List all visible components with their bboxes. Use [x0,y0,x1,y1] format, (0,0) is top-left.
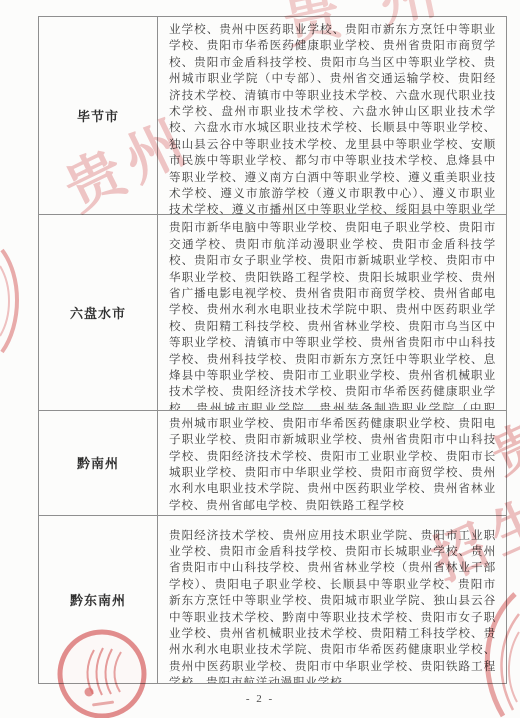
region-name: 毕节市 [39,17,158,214]
region-name: 黔南州 [39,411,158,515]
school-list-table: 毕节市 业学校、贵州中医药职业学校、贵阳市新东方烹饪中等职业学校、贵阳市华希医药… [38,16,507,684]
region-name: 黔东南州 [39,516,158,684]
school-list: 贵阳经济技术学校、贵州应用技术职业学院、贵阳市工业职业学校、贵阳市金盾科技学校、… [158,516,506,684]
school-list: 业学校、贵州中医药职业学校、贵阳市新东方烹饪中等职业学校、贵阳市华希医药健康职业… [158,17,506,214]
school-list: 贵阳市新华电脑中等职业学校、贵阳电子职业学校、贵阳市交通学校、贵阳市航洋动漫职业… [158,215,506,409]
school-list: 贵州城市职业学校、贵阳市华希医药健康职业学校、贵阳电子职业学校、贵阳市新城职业学… [158,411,506,515]
page-number: - 2 - [0,693,520,705]
table-row: 黔东南州 贵阳经济技术学校、贵州应用技术职业学院、贵阳市工业职业学校、贵阳市金盾… [39,515,506,684]
table-row: 毕节市 业学校、贵州中医药职业学校、贵阳市新东方烹饪中等职业学校、贵阳市华希医药… [39,17,506,214]
table-row: 黔南州 贵州城市职业学校、贵阳市华希医药健康职业学校、贵阳电子职业学校、贵阳市新… [39,410,506,515]
table-row: 六盘水市 贵阳市新华电脑中等职业学校、贵阳电子职业学校、贵阳市交通学校、贵阳市航… [39,214,506,409]
document-page: 毕节市 业学校、贵州中医药职业学校、贵阳市新东方烹饪中等职业学校、贵阳市华希医药… [0,0,520,718]
region-name: 六盘水市 [39,215,158,409]
partial-stamp-icon [0,246,28,356]
